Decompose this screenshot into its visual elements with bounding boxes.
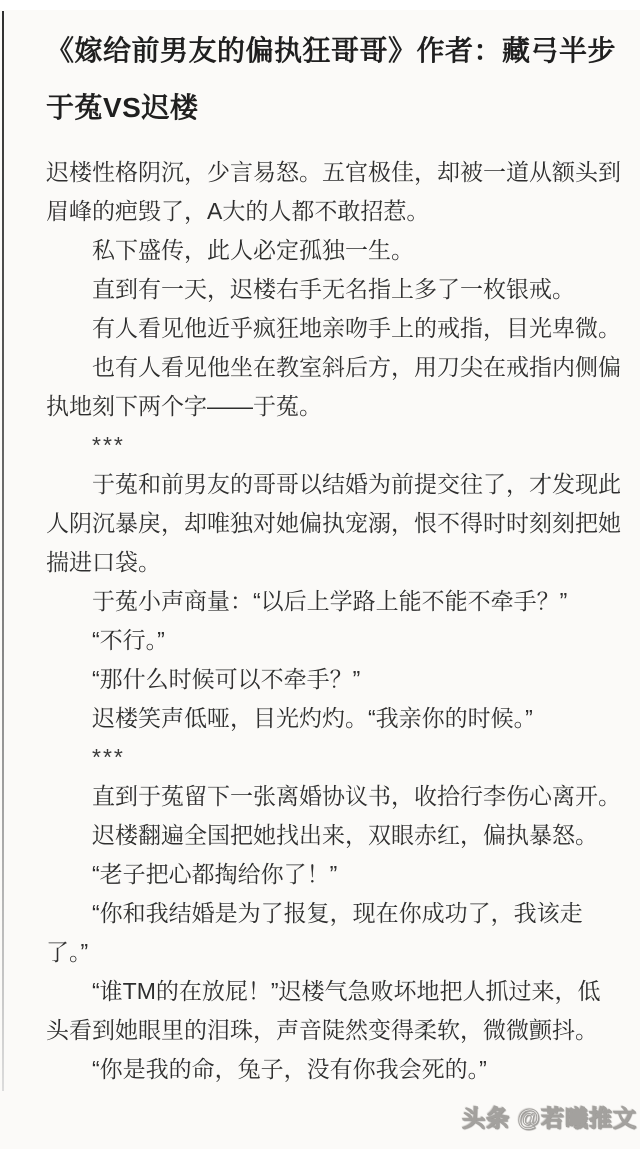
story-paragraph: 迟楼翻遍全国把她找出来，双眼赤红，偏执暴怒。 bbox=[46, 816, 622, 855]
story-paragraph: “那什么时候可以不牵手？” bbox=[46, 660, 622, 699]
story-paragraph: 私下盛传，此人必定孤独一生。 bbox=[46, 231, 622, 270]
story-paragraph: “你和我结婚是为了报复，现在你成功了，我该走了。” bbox=[46, 894, 622, 972]
story-paragraph: 也有人看见他坐在教室斜后方，用刀尖在戒指内侧偏执地刻下两个字——于菟。 bbox=[46, 348, 622, 426]
story-paragraph: 迟楼性格阴沉，少言易怒。五官极佳，却被一道从额头到眉峰的疤毁了，A大的人都不敢招… bbox=[46, 153, 622, 231]
story-paragraph: “你是我的命，兔子，没有你我会死的。” bbox=[46, 1050, 622, 1089]
section-separator: *** bbox=[46, 738, 622, 777]
section-separator: *** bbox=[46, 426, 622, 465]
book-title-and-author: 《嫁给前男友的偏执狂哥哥》作者：藏弓半步 bbox=[46, 22, 622, 79]
story-paragraph: 于菟小声商量：“以后上学路上能不能不牵手？” bbox=[46, 582, 622, 621]
story-paragraph: 有人看见他近乎疯狂地亲吻手上的戒指，目光卑微。 bbox=[46, 309, 622, 348]
story-paragraph: “老子把心都掏给你了！” bbox=[46, 855, 622, 894]
main-couple-names: 于菟VS迟楼 bbox=[46, 79, 622, 136]
watermark-credit: 头条 @若曦推文 bbox=[462, 1103, 637, 1133]
story-paragraph: 直到于菟留下一张离婚协议书，收拾行李伤心离开。 bbox=[46, 777, 622, 816]
novel-recommendation-post: 《嫁给前男友的偏执狂哥哥》作者：藏弓半步 于菟VS迟楼 迟楼性格阴沉，少言易怒。… bbox=[0, 0, 640, 1089]
story-paragraph: “不行。” bbox=[46, 621, 622, 660]
story-paragraph: 于菟和前男友的哥哥以结婚为前提交往了，才发现此人阴沉暴戾，却唯独对她偏执宠溺，恨… bbox=[46, 465, 622, 582]
story-body: 迟楼性格阴沉，少言易怒。五官极佳，却被一道从额头到眉峰的疤毁了，A大的人都不敢招… bbox=[46, 153, 622, 1089]
story-paragraph: 直到有一天，迟楼右手无名指上多了一枚银戒。 bbox=[46, 270, 622, 309]
story-paragraph: 迟楼笑声低哑，目光灼灼。“我亲你的时候。” bbox=[46, 699, 622, 738]
story-paragraph: “谁TM的在放屁！”迟楼气急败坏地把人抓过来，低头看到她眼里的泪珠，声音陡然变得… bbox=[46, 972, 622, 1050]
